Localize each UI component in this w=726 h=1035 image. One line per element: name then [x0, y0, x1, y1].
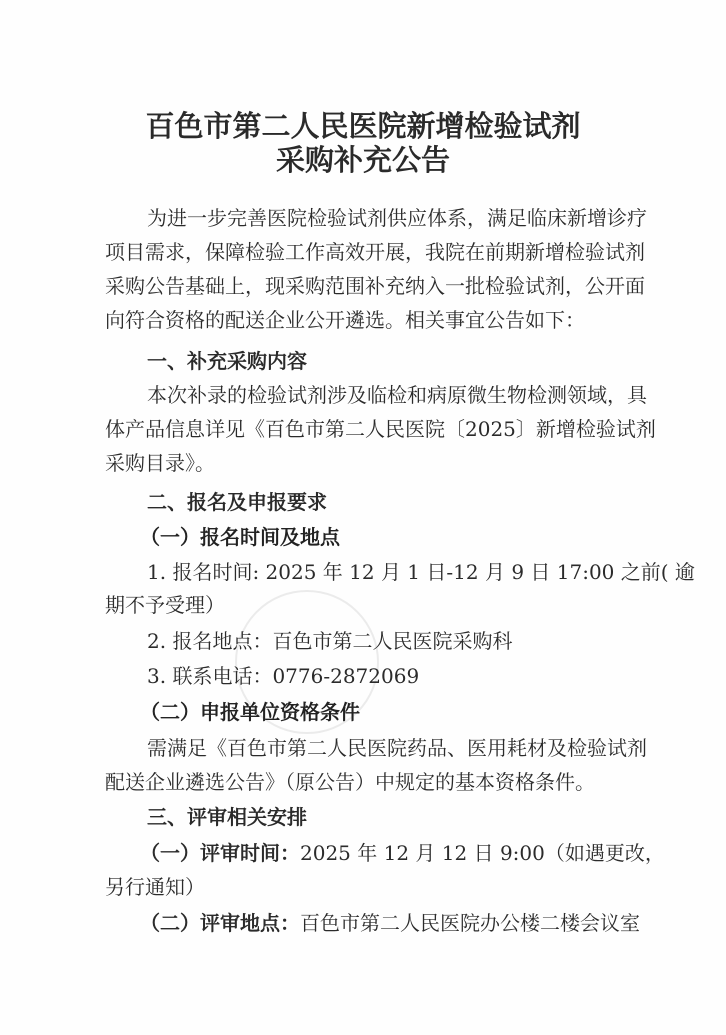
section1-line-1: 本次补录的检验试剂涉及临检和病原微生物检测领域，具: [147, 382, 631, 408]
section2-heading: 二、报名及申报要求: [147, 489, 327, 515]
contact-phone: 3. 联系电话：0776-2872069: [147, 663, 419, 689]
intro-line-1: 为进一步完善医院检验试剂供应体系，满足临床新增诊疗: [147, 205, 631, 231]
registration-time-line-1: 1. 报名时间: 2025 年 12 月 1 日-12 月 9 日 17:00 …: [147, 559, 631, 585]
intro-line-3: 采购公告基础上，现采购范围补充纳入一批检验试剂，公开面: [105, 273, 631, 299]
review-time-line-2: 另行通知）: [105, 874, 205, 900]
section1-line-2: 体产品信息详见《百色市第二人民医院〔2025〕新增检验试剂: [105, 416, 631, 442]
intro-line-2: 项目需求，保障检验工作高效开展，我院在前期新增检验试剂: [105, 239, 631, 265]
section1-heading: 一、补充采购内容: [147, 348, 307, 374]
qualification-line-2: 配送企业遴选公告》（原公告）中规定的基本资格条件。: [105, 769, 595, 795]
intro-line-4: 向符合资格的配送企业公开遴选。相关事宜公告如下：: [105, 307, 585, 333]
review-location-label: （二）评审地点：: [140, 910, 300, 936]
document-title-line2: 采购补充公告: [0, 138, 726, 179]
review-time-value: 2025 年 12 月 12 日 9:00（如遇更改，: [300, 840, 665, 866]
review-time-label: （一）评审时间：: [140, 840, 300, 866]
section2-sub2-heading: （二）申报单位资格条件: [140, 699, 360, 725]
section2-sub1-heading: （一）报名时间及地点: [140, 524, 340, 550]
registration-location: 2. 报名地点：百色市第二人民医院采购科: [147, 628, 512, 654]
registration-time-line-2: 期不予受理）: [105, 592, 225, 618]
review-location-row: （二）评审地点： 百色市第二人民医院办公楼二楼会议室: [140, 910, 631, 936]
review-location-value: 百色市第二人民医院办公楼二楼会议室: [300, 910, 640, 936]
document-page: 百色市第二人民医院新增检验试剂 采购补充公告 为进一步完善医院检验试剂供应体系，…: [0, 0, 726, 1035]
qualification-line-1: 需满足《百色市第二人民医院药品、医用耗材及检验试剂: [147, 735, 631, 761]
review-time-row: （一）评审时间： 2025 年 12 月 12 日 9:00（如遇更改，: [140, 840, 631, 866]
section1-line-3: 采购目录》。: [105, 450, 215, 476]
section3-heading: 三、评审相关安排: [147, 804, 307, 830]
